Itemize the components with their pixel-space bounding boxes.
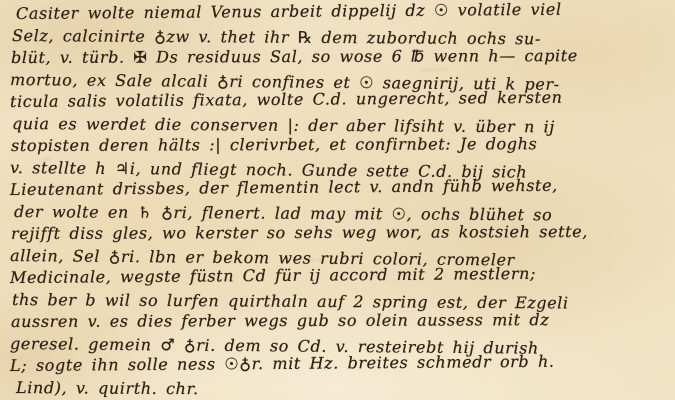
manuscript-line: ticula salis volatilis fixata, wolte C.d…: [10, 86, 671, 113]
manuscript-text-block: Casiter wolte niemal Venus arbeit dippel…: [10, 3, 671, 400]
manuscript-line: Casiter wolte niemal Venus arbeit dippel…: [10, 0, 671, 25]
manuscript-line: blüt, v. türb. ✠ Ds residuus Sal, so wos…: [11, 45, 672, 69]
manuscript-line: Medicinale, wegste füstn Cd für ij accor…: [10, 262, 671, 289]
manuscript-line: Lieutenant drissbes, der flementin lect …: [10, 174, 671, 201]
manuscript-page: ~ —~ ~— Casiter wolte niemal Venus arbei…: [0, 0, 675, 400]
manuscript-line: rejifft diss gles, wo kerster so sehs we…: [11, 221, 672, 245]
manuscript-line: L; sogte ihn solle ness ☉♁r. mit Hz. bre…: [10, 350, 671, 377]
manuscript-line: aussren v. es dies ferber wegs gub so ol…: [11, 309, 672, 333]
manuscript-line: Lind), v. quirth. chr.: [12, 377, 673, 400]
manuscript-line: stopisten deren hälts :| clerivrbet, et …: [11, 133, 672, 157]
